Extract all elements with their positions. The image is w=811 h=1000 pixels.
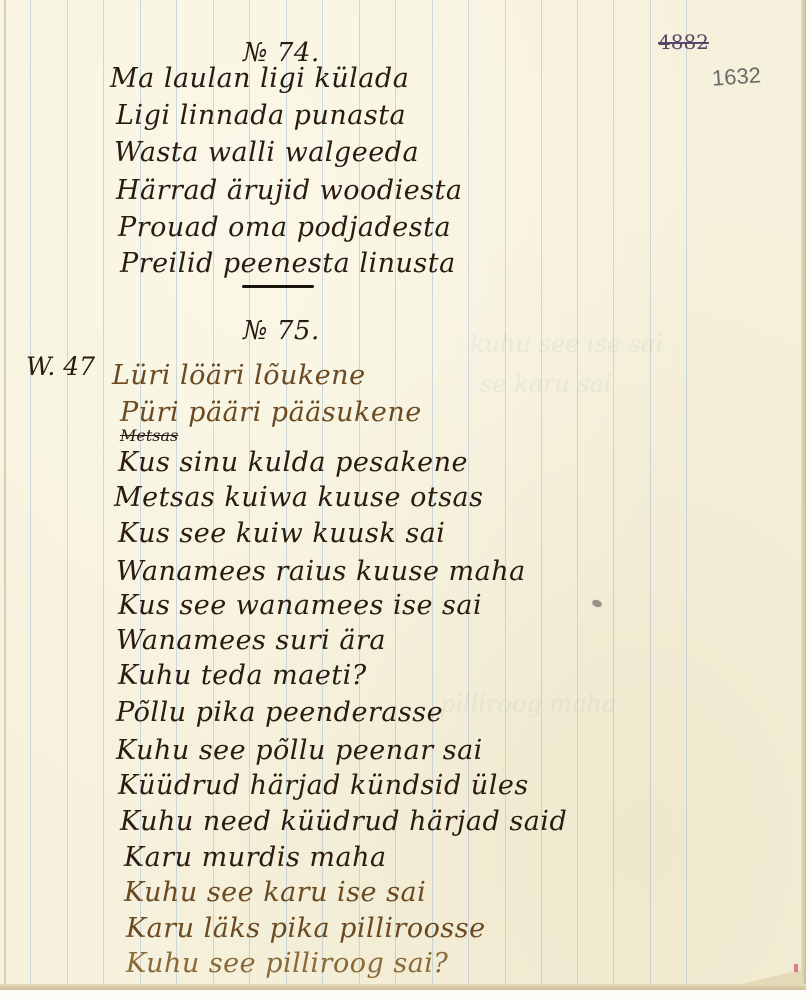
rule-line xyxy=(541,0,542,990)
show-through-text: pilliroog maha xyxy=(440,690,616,718)
verse-line: Kus see kuiw kuusk sai xyxy=(118,518,445,549)
verse-line: Küüdrud härjad kündsid üles xyxy=(118,770,529,801)
rule-line xyxy=(577,0,578,990)
rule-line xyxy=(505,0,506,990)
archive-number-struck: 4882 xyxy=(658,30,709,54)
verse-line: Wanamees suri ära xyxy=(116,625,386,656)
verse-line: Ma laulan ligi külada xyxy=(110,63,409,94)
rule-line xyxy=(30,0,31,990)
show-through-text: se karu sai xyxy=(480,370,612,398)
margin-note: W. 47 xyxy=(26,352,95,381)
verse-line: Wasta walli walgeeda xyxy=(114,137,419,168)
verse-line: Ligi linnada punasta xyxy=(116,100,406,131)
verse-line: Härrad ärujid woodiesta xyxy=(116,175,463,206)
verse-line: Karu murdis maha xyxy=(124,842,387,873)
struck-word: Metsas xyxy=(120,426,178,445)
verse-line: Preilid peenesta linusta xyxy=(120,248,456,279)
verse-line: Kuhu see põllu peenar sai xyxy=(116,735,483,766)
page-bottom-edge xyxy=(0,984,806,990)
verse-line: Kuhu need küüdrud härjad said xyxy=(120,806,567,837)
verse-line: Püri pääri pääsukene xyxy=(120,397,422,428)
verse-line: Põllu pika peenderasse xyxy=(116,697,443,728)
song-number-heading: № 75. xyxy=(243,316,320,346)
corner-mark xyxy=(794,964,798,972)
verse-line: Kus see wanamees ise sai xyxy=(118,590,482,621)
binding-edge xyxy=(4,0,6,990)
rule-line xyxy=(67,0,68,990)
rule-line xyxy=(650,0,651,990)
page-corner-fold xyxy=(741,970,801,984)
verse-line: Wanamees raius kuuse maha xyxy=(116,556,526,587)
show-through-text: kuhu see ise sai xyxy=(470,330,663,358)
verse-line: Kus sinu kulda pesakene xyxy=(118,447,468,478)
page-right-edge xyxy=(801,0,806,990)
verse-line: Kuhu see karu ise sai xyxy=(124,877,426,908)
ink-blot xyxy=(591,599,603,609)
verse-line: Karu läks pika pilliroosse xyxy=(126,913,486,944)
verse-line: Lüri löäri lõukene xyxy=(112,360,366,391)
rule-line xyxy=(686,0,687,990)
archive-number: 1632 xyxy=(711,62,762,91)
rule-line xyxy=(103,0,104,990)
section-divider xyxy=(242,285,314,288)
notebook-page: kuhu see ise sai se karu sai pilliroog m… xyxy=(0,0,806,990)
verse-line: Kuhu teda maeti? xyxy=(118,660,367,691)
verse-line: Kuhu see pilliroog sai? xyxy=(126,948,448,979)
verse-line: Prouad oma podjadesta xyxy=(118,212,451,243)
rule-line xyxy=(613,0,614,990)
verse-line: Metsas kuiwa kuuse otsas xyxy=(114,482,484,513)
